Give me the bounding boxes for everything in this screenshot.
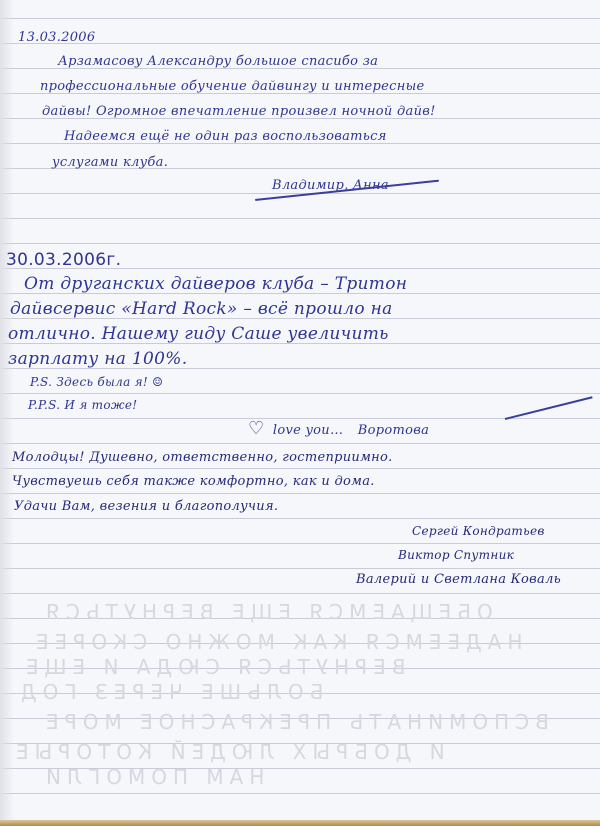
ps-text: P.S. Здесь была я!	[30, 375, 148, 389]
entry-line: Молодцы! Душевно, ответственно, гостепри…	[12, 450, 393, 465]
show-through-text: НАМ ПОМОГЛИ	[40, 765, 264, 789]
show-through-text: БОЛЬШЕ ЧЕРЕЗ ГОД	[15, 680, 323, 704]
smiley-icon: ☺	[152, 375, 163, 389]
entry-line: зарплату на 100%.	[8, 349, 187, 369]
show-through-text: ОБЕЩАЕМСЯ ЕЩЕ ВЕРНУТЬСЯ	[40, 600, 493, 624]
love-note-text: love you…	[273, 423, 343, 438]
entry-signature: Валерий и Светлана Коваль	[356, 572, 561, 587]
entry-pps: P.P.S. И я тоже!	[28, 398, 137, 412]
entry-ps: P.S. Здесь была я! ☺	[30, 375, 163, 389]
page-bottom-edge	[0, 820, 600, 826]
show-through-text: НАДЕЕМСЯ КАК МОЖНО СКОРЕЕ	[30, 630, 522, 654]
love-note-signature: Воротова	[358, 423, 429, 438]
show-through-text: ВЕРНУТЬСЯ СЮДА И ЕЩЕ	[20, 655, 406, 679]
heart-icon: ♡	[248, 418, 264, 439]
entry-signature: Виктор Спутник	[398, 548, 514, 562]
show-through-text: И ДОБРЫХ ЛЮДЕЙ КОТОРЫЕ	[10, 740, 445, 764]
entry-line: Надеемся ещё не один раз воспользоваться	[64, 129, 387, 144]
entry-line: Чувствуешь себя также комфортно, как и д…	[12, 474, 375, 489]
entry-signature: Сергей Кондратьев	[412, 524, 545, 538]
entry-date: 30.03.2006г.	[6, 250, 121, 270]
entry-line: Удачи Вам, везения и благополучия.	[14, 499, 278, 514]
show-through-text: ВСПОМИНАТЬ ПРЕКРАСНОЕ МОРЕ	[40, 710, 549, 734]
entry-line: профессиональные обучение дайвингу и инт…	[40, 79, 424, 94]
page-edge-shadow	[0, 0, 14, 820]
entry-line: отлично. Нашему гиду Саше увеличить	[8, 324, 389, 344]
entry-line: дайвсервис «Hard Rock» – всё прошло на	[10, 299, 393, 319]
guestbook-page: ОБЕЩАЕМСЯ ЕЩЕ ВЕРНУТЬСЯ НАДЕЕМСЯ КАК МОЖ…	[0, 0, 600, 820]
entry-line: Арзамасову Александру большое спасибо за	[58, 54, 378, 69]
entry-line: дайвы! Огромное впечатление произвел ноч…	[42, 104, 436, 119]
entry-date: 13.03.2006	[18, 30, 95, 45]
love-note: ♡ love you… Воротова	[248, 418, 429, 439]
entry-line: От друганских дайверов клуба – Тритон	[24, 274, 407, 294]
entry-line: услугами клуба.	[52, 155, 168, 170]
signature-flourish	[505, 396, 593, 420]
